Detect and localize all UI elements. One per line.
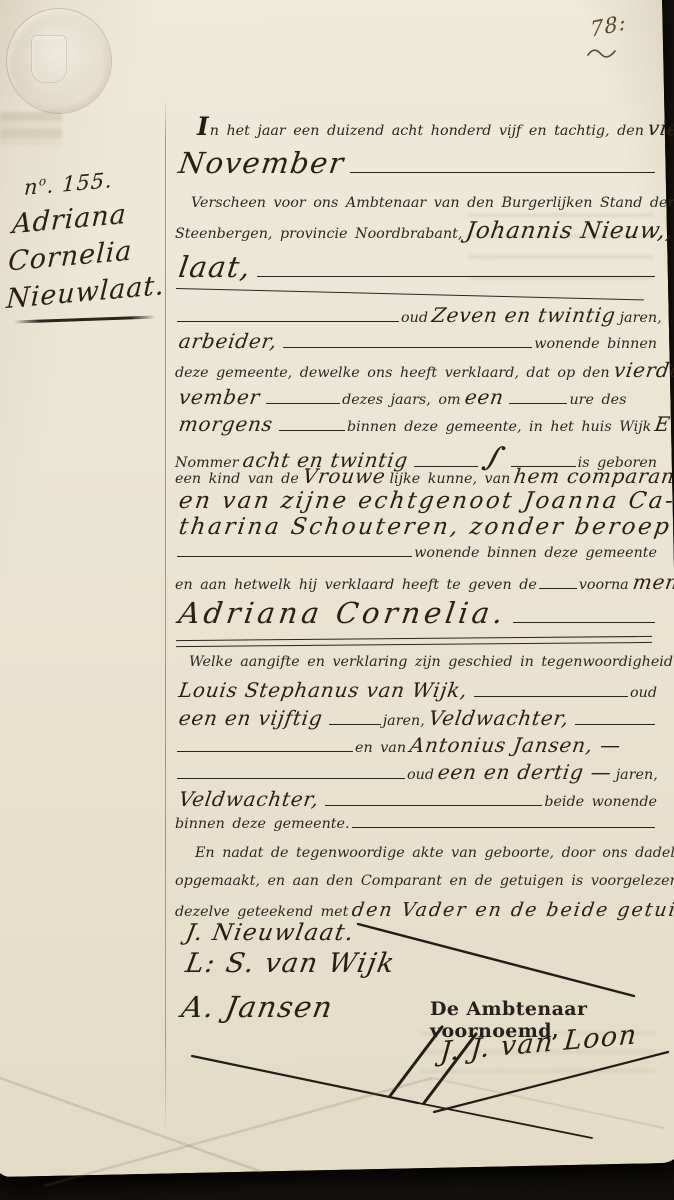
fill-rule	[513, 620, 655, 623]
fill-rule	[325, 803, 542, 806]
signature-witness1: L: S. van Wijk	[183, 948, 398, 979]
signature-declarant: J. Nieuwlaat.	[184, 920, 357, 946]
signature-witness2: A. Jansen	[179, 990, 336, 1024]
pen-stroke	[192, 1056, 418, 1103]
fill-rule	[575, 722, 655, 725]
faded-stamp	[0, 112, 62, 146]
fill-rule	[283, 345, 532, 348]
margin-rule	[165, 98, 166, 1138]
folio-number-text: 78:	[590, 10, 628, 42]
fill-rule	[177, 319, 399, 322]
act-line-occupation: arbeider,wonende binnen	[175, 329, 657, 353]
paper-crease	[432, 1078, 664, 1128]
fill-rule	[539, 586, 577, 589]
fill-rule	[177, 776, 405, 779]
fill-rule	[266, 401, 340, 404]
act-line-sex: een kind van deVrouwelijke kunne, vanhem…	[175, 464, 657, 488]
drop-initial: I	[197, 112, 209, 141]
margin-name-line: Adriana	[11, 199, 127, 240]
act-line-witness2-occupation: Veldwachter,beide wonende	[175, 787, 657, 811]
pen-stroke	[418, 1103, 592, 1138]
fill-rule	[279, 428, 345, 431]
act-line-witnesses-intro: Welke aangifte en verklaring zijn geschi…	[175, 654, 671, 670]
act-line-month: November	[175, 146, 657, 180]
fill-rule	[177, 554, 412, 557]
fill-rule	[177, 749, 353, 752]
pen-stroke	[358, 924, 634, 996]
act-line-declared: deze gemeente, dewelke ons heeft verklaa…	[175, 358, 657, 382]
act-line-opening: In het jaar een duizend acht honderd vij…	[175, 112, 674, 141]
act-line-date: vemberdezes jaars, omeenure des	[175, 385, 657, 409]
act-line-signed-with: dezelve geteekend metden Vader en de bei…	[175, 899, 657, 921]
act-number-rest: . 155.	[46, 168, 113, 198]
act-line-appeared: Verscheen voor ons Ambtenaar van den Bur…	[175, 195, 673, 211]
paper-crease	[0, 1078, 262, 1172]
act-line-witness1-age: een en vijftigjaren,Veldwachter,	[175, 706, 657, 730]
fill-rule	[509, 401, 567, 404]
act-line-hour: morgensbinnen deze gemeente, in het huis…	[175, 412, 657, 436]
act-line-child-name: Adriana Cornelia.	[175, 596, 657, 630]
fill-rule	[329, 722, 381, 725]
act-line-names-intro: en aan hetwelk hij verklaard heeft te ge…	[175, 570, 657, 594]
fill-rule	[257, 274, 655, 277]
photo-background: 78: no. 155. Adriana Cornelia Nieuwlaat.…	[0, 0, 674, 1200]
act-line-residence: binnen deze gemeente.	[175, 816, 657, 832]
act-line-closing-1: En nadat de tegenwoordige akte van geboo…	[175, 845, 674, 861]
seal-shield-icon	[31, 35, 67, 83]
act-line-witness2: en vanAntonius Jansen, —	[175, 733, 657, 757]
act-line-residing: wonende binnen deze gemeente	[175, 545, 657, 561]
fill-rule	[350, 170, 655, 173]
fill-rule	[352, 825, 655, 828]
embossed-seal-icon	[6, 8, 112, 114]
act-number: no. 155.	[24, 168, 114, 200]
folio-number: 78:	[590, 10, 628, 42]
name-underline-flourish	[176, 636, 652, 647]
act-line-municipality: Steenbergen, provincie Noordbrabant,Joha…	[175, 218, 657, 244]
margin-name-line: Nieuwlaat.	[5, 270, 165, 315]
act-line-age: oudZeven en twintigjaren,	[175, 303, 657, 327]
page-content: 78: no. 155. Adriana Cornelia Nieuwlaat.…	[0, 0, 674, 1200]
margin-underline-flourish	[14, 316, 156, 324]
act-line-mother-1: en van zijne echtgenoot Joanna Ca-	[175, 488, 657, 514]
folio-flourish	[586, 46, 620, 60]
act-line-surname: laat,	[175, 250, 657, 284]
act-line-closing-2: opgemaakt, en aan den Comparant en de ge…	[175, 873, 657, 889]
act-number-prefix: n	[24, 175, 40, 200]
act-line-witness1: Louis Stephanus van Wijk,oud	[175, 678, 657, 702]
margin-name-line: Cornelia	[7, 235, 133, 277]
act-line-mother-2: tharina Schouteren, zonder beroep —	[175, 514, 657, 540]
paper-crease	[44, 1078, 432, 1186]
fill-rule	[474, 694, 629, 697]
act-line-witness2-age: oudeen en dertig —jaren,	[175, 760, 657, 784]
